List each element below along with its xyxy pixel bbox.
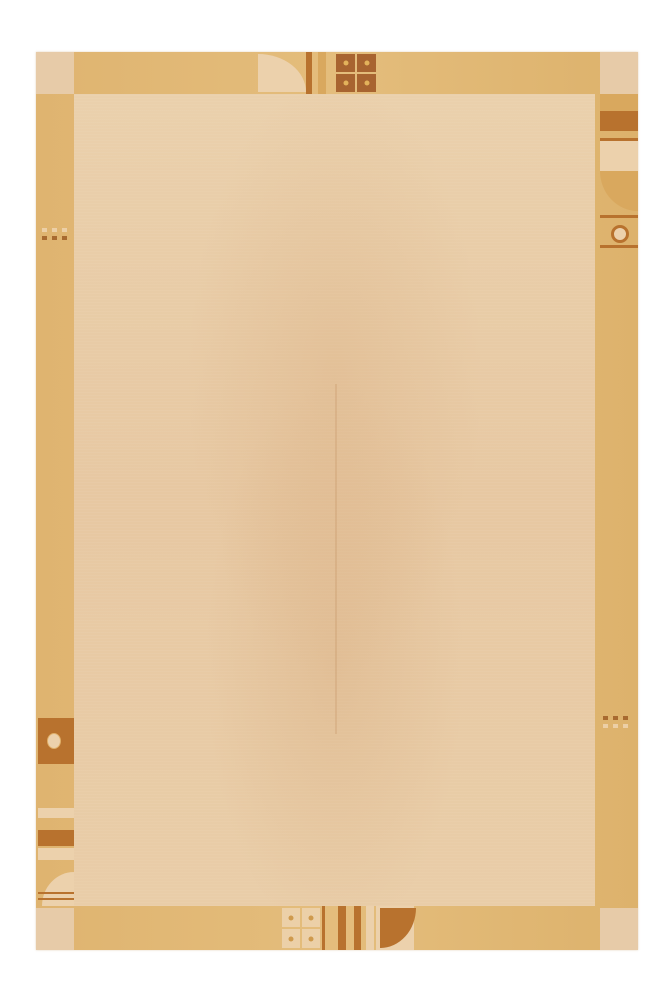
circle-motif-right [611,225,629,243]
fold-crease [335,384,337,734]
corner-block-top-left [36,52,74,94]
thin-stripe-bottom [322,906,325,950]
thin-stripe-right-2 [600,215,638,218]
triple-dot-motif-right-pale [603,724,628,728]
thin-stripe-left-2 [38,898,74,900]
quarter-circle-motif-right [600,171,638,211]
light-block-right [600,141,638,171]
stripe-block-right [600,94,638,112]
stripe-motif-bottom [338,906,346,950]
rug [36,52,638,950]
rug-field [74,94,595,906]
thin-stripe-right-3 [600,245,638,248]
stripe-motif-top-2 [318,52,326,94]
circle-motif-left [47,733,61,749]
four-square-motif-bottom [282,908,320,948]
light-stripe-left [38,808,74,818]
thin-stripe-left [38,892,74,894]
corner-block-bottom-left [36,908,74,950]
triple-dot-motif-left-pale [42,228,67,232]
quarter-circle-motif-top [258,54,306,92]
quarter-circle-motif-left [42,872,74,906]
stripe-motif-bottom-2 [354,906,361,950]
four-square-motif-top [336,54,376,92]
stripe-band-left [38,830,74,846]
triple-dot-motif-left [42,236,67,240]
triple-dot-motif-right [603,716,628,720]
stripe-motif-top [306,52,312,94]
corner-block-top-right [600,52,638,94]
corner-block-bottom-right [600,908,638,950]
light-block-left [38,848,74,860]
light-stripe-bottom [366,906,374,950]
stripe-band-right [600,111,638,131]
